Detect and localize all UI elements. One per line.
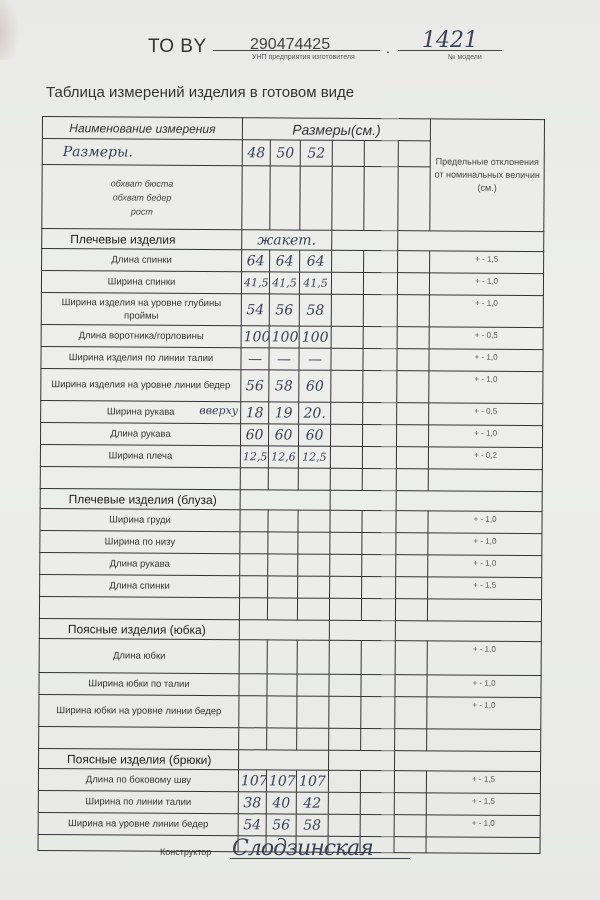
measurement-value: 40 <box>266 792 296 814</box>
empty-cell <box>364 166 398 230</box>
constructor-signature: Слодзинская <box>232 836 373 861</box>
model-caption: № модели <box>448 54 482 61</box>
measurement-value <box>239 696 267 728</box>
measurement-value: 64 <box>270 250 300 272</box>
measurement-value: 64 <box>300 250 332 272</box>
tolerance: + - 1,0 <box>429 371 543 404</box>
separator: . <box>386 40 390 56</box>
section-title: Плечевые изделия <box>42 229 242 250</box>
empty-cell <box>398 231 544 252</box>
table-row: Длина по боковому шву107107107+ - 1,5 <box>38 768 540 793</box>
model-number: 1421 <box>422 28 478 53</box>
empty-cell <box>330 468 362 490</box>
measurement-value <box>268 554 298 576</box>
measurement-name: Длина по боковому шву <box>38 768 238 791</box>
measurement-label: Ширина на уровне линии бедер <box>68 818 208 830</box>
measurement-value <box>362 424 396 446</box>
measurement-value <box>331 294 363 326</box>
measurement-name: Длина юбки <box>39 638 239 673</box>
size-basis-item: обхват бюста <box>45 176 240 191</box>
measurement-value <box>397 371 429 403</box>
measurement-value: 60 <box>298 424 330 446</box>
size-value <box>398 141 430 167</box>
tolerance: + - 1,0 <box>428 511 542 534</box>
table-row: Ширина спинки41,541,541,5+ - 1,0 <box>41 271 543 296</box>
tolerance: + - 1,0 <box>427 675 541 698</box>
table-row: Ширина изделия на уровне линии бедер5658… <box>41 368 543 403</box>
measurement-name: Ширина изделия на уровне линии бедер <box>41 368 241 401</box>
measurement-value: 58 <box>299 294 331 326</box>
measurement-value <box>240 532 268 554</box>
measurement-value: 100 <box>299 326 331 348</box>
measurement-value <box>328 792 360 814</box>
blank-row <box>39 596 541 621</box>
measurement-value <box>394 793 426 815</box>
measurement-value <box>396 425 428 447</box>
measurement-value <box>363 402 397 424</box>
empty-cell <box>362 468 396 490</box>
measurement-value <box>267 696 297 728</box>
measurement-value <box>395 697 427 729</box>
measurement-value: 42 <box>296 792 328 814</box>
measurement-value: 41,5 <box>269 272 299 294</box>
measurement-label: Длина рукава <box>110 558 170 569</box>
measurement-value: 107 <box>266 770 296 792</box>
measurement-value <box>362 510 396 532</box>
measurement-value: 60 <box>240 424 268 446</box>
section-note <box>239 620 329 641</box>
measurement-value: 60 <box>268 424 298 446</box>
empty-cell <box>332 166 364 230</box>
measurement-value: 12,5 <box>298 446 330 468</box>
empty-cell <box>395 621 541 642</box>
measurement-value <box>396 533 428 555</box>
tolerance: + - 1,5 <box>426 771 540 794</box>
measurement-name: Ширина по линии талии <box>38 790 238 813</box>
table-row: Длина рукава606060+ - 1,0 <box>40 422 542 447</box>
measurement-label: Длина спинки <box>109 580 169 591</box>
measurement-label: Ширина рукава <box>107 406 175 417</box>
empty-cell <box>39 596 239 619</box>
measurement-value <box>331 370 363 402</box>
measurement-value <box>363 294 397 326</box>
tolerance: + - 1,0 <box>428 555 542 578</box>
empty-cell <box>361 728 395 750</box>
measurement-value <box>298 576 330 598</box>
tolerance: + - 1,0 <box>427 641 541 676</box>
section-title: Плечевые изделия (блуза) <box>40 488 240 509</box>
measurement-label: Ширина изделия на уровне глубины проймы <box>62 297 222 322</box>
measurement-value <box>361 640 395 674</box>
empty-cell <box>329 620 395 640</box>
measurement-value: 60 <box>299 370 331 402</box>
measurement-value <box>330 446 362 468</box>
empty-cell <box>426 837 540 854</box>
measurement-value <box>328 770 360 792</box>
handwritten-annotation: вверху <box>199 404 238 417</box>
measurement-label: Ширина по линии талии <box>85 796 191 808</box>
measurement-value <box>362 554 396 576</box>
empty-cell <box>395 729 427 751</box>
measurement-value: 58 <box>296 814 328 836</box>
empty-cell <box>396 469 428 491</box>
measurement-name: Ширина плеча <box>40 444 240 467</box>
empty-cell <box>428 599 542 622</box>
empty-cell <box>395 751 541 772</box>
measurement-value <box>397 403 429 425</box>
measurement-value: 19 <box>269 402 299 424</box>
photo-edge-shadow <box>0 0 20 60</box>
tolerance: + - 1,0 <box>429 273 543 296</box>
measurement-name: Длина воротника/горловины <box>41 324 241 347</box>
tolerance: + - 1,5 <box>428 577 542 600</box>
measurement-value <box>360 814 394 836</box>
measurement-value: 100 <box>241 326 269 348</box>
measurement-name: Ширина рукававверху <box>41 400 241 423</box>
unp-caption: УНП предприятия изготовителя <box>252 54 355 61</box>
table-row: Длина воротника/горловины100100100+ - 0,… <box>41 324 543 349</box>
measurement-value <box>360 770 394 792</box>
empty-cell <box>394 837 426 853</box>
tolerance: + - 1,0 <box>428 533 542 556</box>
measurement-value <box>396 511 428 533</box>
measurement-value: 107 <box>296 770 328 792</box>
empty-cell <box>268 468 298 490</box>
measurement-value: 18 <box>241 402 269 424</box>
table-row: Ширина по низу+ - 1,0 <box>40 530 542 555</box>
measurement-label: Ширина юбки по талии <box>88 678 189 690</box>
size-value: 52 <box>300 140 332 166</box>
measurement-value <box>267 640 297 674</box>
size-value: 48 <box>242 140 270 166</box>
col-name-header: Наименование измерения <box>42 117 242 140</box>
measurement-value <box>362 446 396 468</box>
measurement-name: Ширина по низу <box>40 530 240 553</box>
table-row: Ширина юбки по талии+ - 1,0 <box>39 672 541 697</box>
measurement-value <box>361 674 395 696</box>
measurement-value: 20. <box>299 402 331 424</box>
measurement-name: Ширина изделия на уровне глубины проймы <box>41 292 241 325</box>
empty-cell <box>398 167 430 231</box>
col-sizes-header: Размеры(см.) <box>242 118 430 141</box>
table-row: Длина юбки+ - 1,0 <box>39 638 541 675</box>
measurement-name: Длина рукава <box>40 422 240 445</box>
blank-row <box>40 466 542 491</box>
empty-cell <box>332 230 398 250</box>
measurement-label: Ширина изделия на уровне линии бедер <box>51 379 230 391</box>
measurement-value <box>397 295 429 327</box>
measurement-value <box>268 510 298 532</box>
unp-value: 290474425 <box>250 36 330 54</box>
measurement-value <box>330 510 362 532</box>
constructor-label: Конструктор <box>160 847 211 857</box>
measurement-value <box>362 576 396 598</box>
measurement-value: 54 <box>241 294 269 326</box>
measurement-value <box>328 814 360 836</box>
empty-cell <box>329 728 361 750</box>
empty-cell <box>330 490 396 510</box>
table-row: Длина рукава+ - 1,0 <box>40 552 542 577</box>
measurement-value <box>362 532 396 554</box>
measurement-value <box>298 510 330 532</box>
measurement-value <box>363 272 397 294</box>
measurement-value <box>297 640 329 674</box>
measurement-value <box>240 576 268 598</box>
measurement-value: — <box>299 348 331 370</box>
tolerance: + - 1,5 <box>426 793 540 816</box>
section-title: Поясные изделия (брюки) <box>39 748 239 769</box>
tolerance: + - 1,0 <box>427 697 541 730</box>
size-value <box>332 140 364 166</box>
measurement-name: Длина спинки <box>40 574 240 597</box>
tolerance: + - 1,0 <box>429 425 543 448</box>
measurement-label: Длина юбки <box>113 650 166 661</box>
measurement-value <box>268 576 298 598</box>
measurement-label: Ширина юбки на уровне линии бедер <box>56 705 221 717</box>
measurement-value <box>240 554 268 576</box>
measurement-label: Длина воротника/горловины <box>79 330 204 342</box>
measurement-name: Ширина спинки <box>41 271 241 294</box>
measurement-value <box>396 555 428 577</box>
measurement-value <box>298 554 330 576</box>
measurement-value <box>298 532 330 554</box>
section-note <box>239 750 329 771</box>
measurement-value <box>363 326 397 348</box>
measurement-value <box>331 272 363 294</box>
table-row: Длина спинки+ - 1,5 <box>40 574 542 599</box>
measurement-value <box>397 349 429 371</box>
measurement-value <box>330 554 362 576</box>
empty-cell <box>39 726 239 749</box>
size-basis-item: рост <box>44 204 239 219</box>
measurement-label: Ширина по низу <box>105 536 175 547</box>
measurement-value <box>397 273 429 295</box>
empty-cell <box>329 598 361 620</box>
table-row: Ширина изделия на уровне глубины проймы5… <box>41 292 543 327</box>
measurement-value <box>396 577 428 599</box>
table-row: Ширина по линии талии384042+ - 1,5 <box>38 790 540 815</box>
measurement-value: 100 <box>269 326 299 348</box>
tolerance: + - 1,5 <box>430 251 544 274</box>
col-deviation-header: Предельные отклонения от номинальных вел… <box>430 119 545 232</box>
section-note: жакет. <box>242 230 332 251</box>
section-note <box>240 490 330 511</box>
measurement-value <box>331 402 363 424</box>
measurement-value <box>239 674 267 696</box>
measurement-value: 107 <box>238 770 266 792</box>
empty-cell <box>428 469 542 492</box>
table-row: Ширина плеча12,512,612,5+ - 0,2 <box>40 444 542 469</box>
empty-cell <box>396 491 542 512</box>
empty-cell <box>242 166 270 230</box>
tolerance: + - 1,0 <box>426 815 540 838</box>
standard-prefix: ТО BY <box>148 36 207 58</box>
table-row: Ширина юбки на уровне линии бедер+ - 1,0 <box>39 694 541 729</box>
measurement-value <box>240 510 268 532</box>
empty-cell <box>239 598 267 620</box>
measurement-name: Длина рукава <box>40 552 240 575</box>
measurement-value <box>329 674 361 696</box>
empty-cell <box>270 166 300 230</box>
measurement-label: Ширина изделия по линии талии <box>69 352 214 364</box>
measurement-value <box>332 250 364 272</box>
measurement-label: Длина рукава <box>110 428 170 439</box>
measurement-value: 56 <box>269 294 299 326</box>
measurement-value: 12,6 <box>268 446 298 468</box>
measurement-value <box>331 326 363 348</box>
measurement-value <box>330 576 362 598</box>
measurement-value <box>297 696 329 728</box>
measurement-value: 41,5 <box>299 272 331 294</box>
measurement-value <box>363 348 397 370</box>
empty-cell <box>361 598 395 620</box>
table-row: Ширина рукававверху181920.+ - 0,5 <box>41 400 543 425</box>
table-row: Ширина на уровне линии бедер545658+ - 1,… <box>38 812 540 837</box>
table-row: Ширина изделия по линии талии———+ - 1,0 <box>41 346 543 371</box>
measurement-value: 41,5 <box>241 272 269 294</box>
empty-cell <box>395 599 427 621</box>
empty-cell <box>297 728 329 750</box>
empty-cell <box>300 166 332 230</box>
measurement-value <box>267 674 297 696</box>
measurement-value <box>329 640 361 674</box>
measurement-table-wrap: Наименование измеренияРазмеры(см.)Предел… <box>38 116 544 839</box>
measurement-label: Длина спинки <box>111 254 171 265</box>
measurement-value <box>395 675 427 697</box>
measurement-value <box>268 532 298 554</box>
document-title: Таблица измерений изделия в готовом виде <box>46 84 354 101</box>
measurement-value: 38 <box>238 792 266 814</box>
measurement-name: Ширина на уровне линии бедер <box>38 812 238 835</box>
measurement-value <box>360 792 394 814</box>
tolerance: + - 0,2 <box>428 447 542 470</box>
measurement-value <box>330 532 362 554</box>
measurement-value <box>395 641 427 675</box>
measurement-name: Ширина юбки по талии <box>39 672 239 695</box>
empty-cell <box>239 728 267 750</box>
measurement-value: 56 <box>241 370 269 402</box>
measurement-value <box>396 447 428 469</box>
measurement-value <box>329 696 361 728</box>
size-value <box>364 140 398 166</box>
table-row: Ширина груди+ - 1,0 <box>40 508 542 533</box>
section-title: Поясные изделия (юбка) <box>39 618 239 639</box>
measurement-value: 12,5 <box>240 446 268 468</box>
empty-cell <box>40 466 240 489</box>
size-basis-item: обхват бедер <box>44 190 239 205</box>
measurement-value <box>363 370 397 402</box>
measurement-value: 58 <box>269 370 299 402</box>
measurement-value: 56 <box>266 814 296 836</box>
measurement-value <box>331 348 363 370</box>
measurement-value <box>398 251 430 273</box>
measurement-value <box>361 696 395 728</box>
measurement-label: Длина по боковому шву <box>86 774 191 786</box>
measurement-label: Ширина груди <box>109 514 171 525</box>
empty-cell <box>427 729 541 752</box>
header-row: Наименование измеренияРазмеры(см.)Предел… <box>42 117 544 142</box>
measurement-value: 64 <box>242 250 270 272</box>
size-value: 50 <box>270 140 300 166</box>
measurement-table: Наименование измеренияРазмеры(см.)Предел… <box>38 116 546 854</box>
tolerance: + - 0,5 <box>429 327 543 350</box>
table-row: Длина спинки646464+ - 1,5 <box>42 249 544 274</box>
measurement-name: Длина спинки <box>42 249 242 272</box>
measurement-value: — <box>241 348 269 370</box>
tolerance: + - 1,0 <box>429 349 543 372</box>
tolerance: + - 1,0 <box>429 295 543 328</box>
sizes-label: Размеры. <box>42 139 242 166</box>
measurement-label: Ширина спинки <box>108 276 176 287</box>
measurement-value <box>364 250 398 272</box>
empty-cell <box>240 468 268 490</box>
empty-cell <box>267 728 297 750</box>
measurement-value <box>397 327 429 349</box>
measurement-value <box>330 424 362 446</box>
measurement-value <box>297 674 329 696</box>
tolerance: + - 0,5 <box>429 403 543 426</box>
measurement-value <box>394 815 426 837</box>
measurement-value: 54 <box>238 814 266 836</box>
measurement-label: Ширина плеча <box>109 450 173 461</box>
empty-cell <box>297 598 329 620</box>
empty-cell <box>267 598 297 620</box>
measurement-value <box>394 771 426 793</box>
measurement-name: Ширина изделия по линии талии <box>41 346 241 369</box>
measurement-name: Ширина груди <box>40 508 240 531</box>
size-basis: обхват бюстаобхват бедеррост <box>42 165 242 230</box>
empty-cell <box>298 468 330 490</box>
measurement-name: Ширина юбки на уровне линии бедер <box>39 694 239 727</box>
empty-cell <box>329 750 395 770</box>
measurement-value: — <box>269 348 299 370</box>
blank-row <box>39 726 541 751</box>
measurement-value <box>239 640 267 674</box>
